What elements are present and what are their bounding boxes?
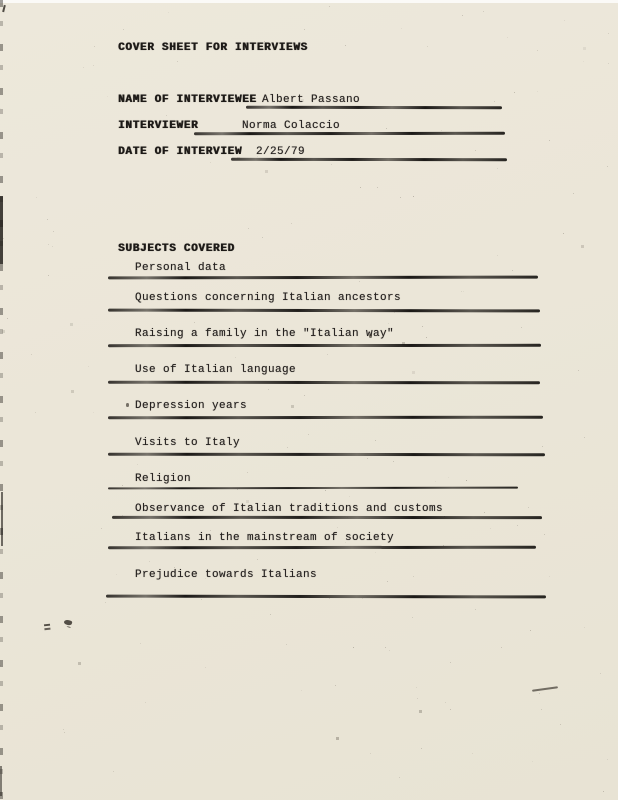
pencil-mark <box>63 619 72 626</box>
subject-underline <box>108 309 540 313</box>
subject-text: Religion <box>135 473 191 486</box>
interviewee-label: NAME OF INTERVIEWEE <box>118 94 257 107</box>
interview-date-label: DATE OF INTERVIEW <box>118 146 242 159</box>
page-title: COVER SHEET FOR INTERVIEWS <box>118 42 308 55</box>
interviewer-label: INTERVIEWER <box>118 120 198 133</box>
smudge-mark <box>532 686 558 692</box>
subject-underline <box>108 276 538 280</box>
subject-text: Visits to Italy <box>135 437 240 450</box>
paper-noise-speckles <box>0 0 1 1</box>
scan-left-edge-artifact <box>0 0 3 800</box>
subject-text: Observance of Italian traditions and cus… <box>135 503 443 516</box>
scan-top-edge <box>0 0 618 3</box>
subject-text: Prejudice towards Italians <box>135 569 317 582</box>
subject-text: Italians in the mainstream of society <box>135 532 394 545</box>
subject-text: Use of Italian language <box>135 364 296 377</box>
subject-underline <box>106 595 546 599</box>
subject-underline <box>108 487 518 490</box>
interviewer-underline <box>194 132 505 136</box>
stray-mark <box>369 334 372 338</box>
subject-text: Questions concerning Italian ancestors <box>135 292 401 305</box>
subject-underline <box>108 381 540 385</box>
subject-underline <box>108 416 543 420</box>
scan-edge-mark <box>0 766 2 796</box>
scan-edge-mark <box>1 492 3 546</box>
interview-date-underline <box>231 158 507 161</box>
subject-underline <box>108 453 545 456</box>
subject-text: Depression years <box>135 400 247 413</box>
subject-text: Raising a family in the "Italian way" <box>135 328 394 341</box>
scan-edge-mark <box>0 196 3 264</box>
scanned-document-page: COVER SHEET FOR INTERVIEWS NAME OF INTER… <box>0 0 618 800</box>
subject-underline <box>108 344 541 347</box>
stray-mark <box>2 5 5 12</box>
subjects-covered-heading: SUBJECTS COVERED <box>118 243 235 256</box>
subject-underline <box>112 516 542 519</box>
subject-underline <box>108 546 536 549</box>
pencil-mark <box>44 624 50 626</box>
stray-mark <box>126 403 129 407</box>
interviewee-underline <box>246 106 502 110</box>
subject-text: Personal data <box>135 262 226 275</box>
